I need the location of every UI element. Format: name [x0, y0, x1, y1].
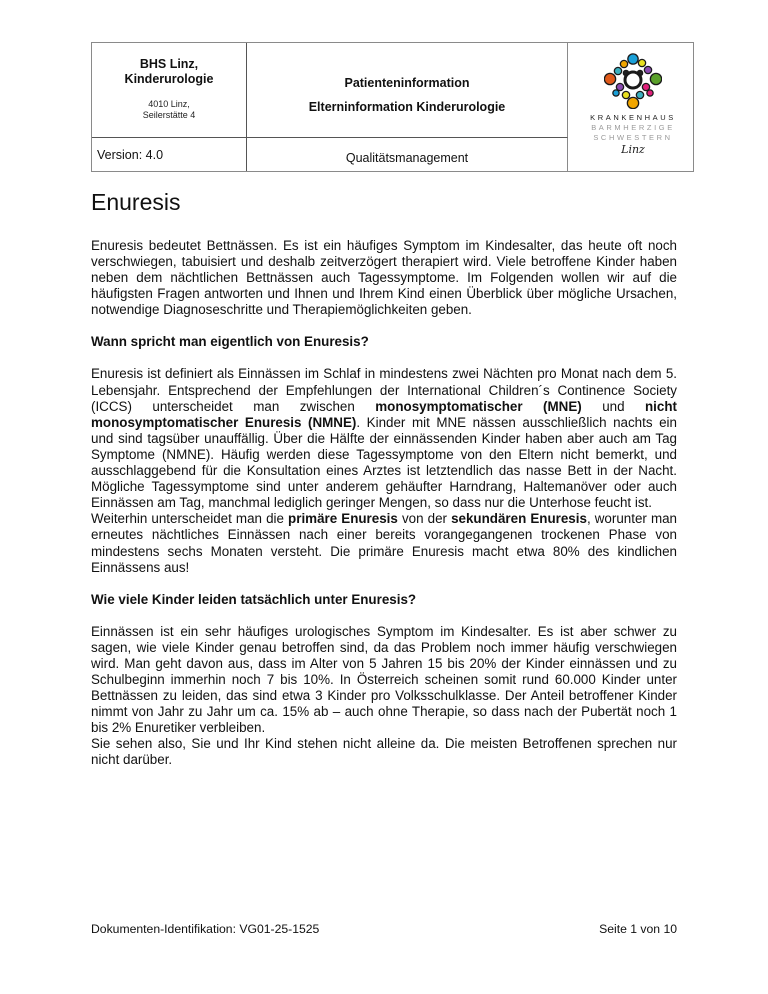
document-type: Patienteninformation	[247, 76, 567, 91]
department-line: Kinderurologie	[92, 72, 246, 87]
document-id: Dokumenten-Identifikation: VG01-25-1525	[91, 922, 319, 936]
hospital-logo: KRANKENHAUS BARMHERZIGE SCHWESTERN Linz	[583, 53, 683, 161]
address-line-2: Seilerstätte 4	[92, 110, 246, 121]
text-run: von der	[398, 511, 451, 526]
organization-line: BHS Linz,	[92, 57, 246, 72]
bold-term-secondary: sekundären Enuresis	[451, 511, 587, 526]
logo-signature: Linz	[583, 144, 683, 156]
page-title: Enuresis	[91, 187, 677, 217]
category-label: Qualitätsmanagement	[247, 138, 567, 165]
definition-paragraph: Enuresis ist definiert als Einnässen im …	[91, 366, 677, 511]
document-body: Enuresis Enuresis bedeutet Bettnässen. E…	[91, 187, 677, 769]
bold-term-primary: primäre Enuresis	[288, 511, 398, 526]
header-category-cell: Qualitätsmanagement	[247, 138, 568, 171]
prevalence-paragraph: Einnässen ist ein sehr häufiges urologis…	[91, 624, 677, 737]
header-logo-cell: KRANKENHAUS BARMHERZIGE SCHWESTERN Linz	[568, 43, 694, 171]
logo-line-1: KRANKENHAUS	[583, 113, 683, 123]
intro-paragraph: Enuresis bedeutet Bettnässen. Es ist ein…	[91, 238, 677, 318]
version-label: Version: 4.0	[92, 138, 246, 162]
closing-paragraph: Sie sehen also, Sie und Ihr Kind stehen …	[91, 736, 677, 768]
page-number: Seite 1 von 10	[599, 922, 677, 936]
section-heading-prevalence: Wie viele Kinder leiden tatsächlich unte…	[91, 592, 677, 608]
header-version-cell: Version: 4.0	[92, 138, 247, 171]
logo-line-2: BARMHERZIGE	[583, 123, 683, 133]
primary-secondary-paragraph: Weiterhin unterscheidet man die primäre …	[91, 511, 677, 575]
text-run: und	[582, 399, 645, 414]
colorful-dots-logo-icon	[604, 53, 662, 109]
address-line-1: 4010 Linz,	[92, 99, 246, 110]
logo-line-3: SCHWESTERN	[583, 133, 683, 143]
header-title-cell: Patienteninformation Elterninformation K…	[247, 43, 568, 138]
document-subject: Elterninformation Kinderurologie	[247, 100, 567, 115]
header-organization-cell: BHS Linz, Kinderurologie 4010 Linz, Seil…	[92, 43, 247, 138]
address: 4010 Linz, Seilerstätte 4	[92, 99, 246, 121]
header-table: BHS Linz, Kinderurologie 4010 Linz, Seil…	[91, 42, 694, 172]
bold-term-mne: monosymptomatischer (MNE)	[375, 399, 581, 414]
organization-name: BHS Linz, Kinderurologie	[92, 57, 246, 87]
text-run: Weiterhin unterscheidet man die	[91, 511, 288, 526]
document-page: BHS Linz, Kinderurologie 4010 Linz, Seil…	[0, 0, 768, 994]
section-heading-definition: Wann spricht man eigentlich von Enuresis…	[91, 334, 677, 350]
